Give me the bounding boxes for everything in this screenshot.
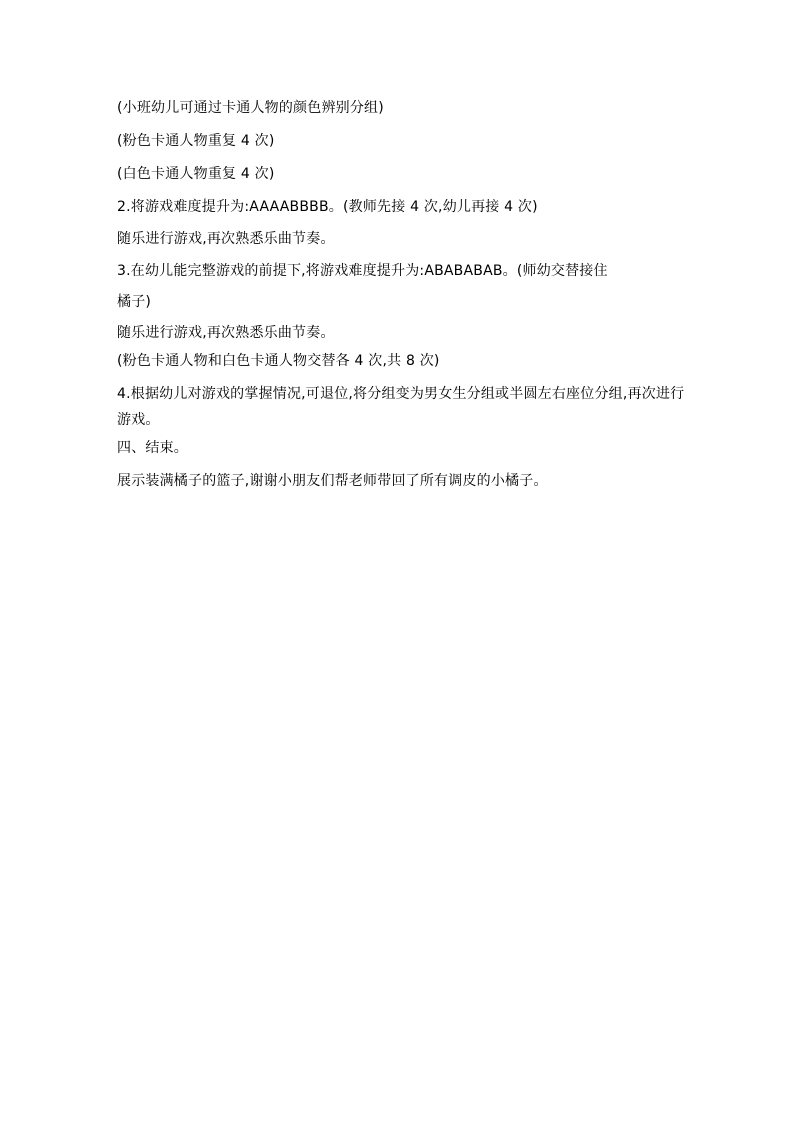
text-line-step3-wrap: 橘子) xyxy=(117,294,151,311)
text-line-alternate-note: (粉色卡通人物和白色卡通人物交替各 4 次,共 8 次) xyxy=(117,353,440,370)
text-line-step4: 4.根据幼儿对游戏的掌握情况,可退位,将分组变为男女生分组或半圆左右座位分组,再… xyxy=(117,386,684,403)
text-line-group-note: (小班幼儿可通过卡通人物的颜色辨别分组) xyxy=(117,100,384,117)
text-line-step2: 2.将游戏难度提升为:AAAABBBB。(教师先接 4 次,幼儿再接 4 次) xyxy=(117,199,538,216)
text-line-section-four-end: 四、结束。 xyxy=(117,440,188,457)
text-line-play-rhythm-2: 随乐进行游戏,再次熟悉乐曲节奏。 xyxy=(117,325,335,342)
text-line-step3: 3.在幼儿能完整游戏的前提下,将游戏难度提升为:ABABABAB。(师幼交替接住 xyxy=(117,263,608,280)
text-line-play-rhythm-1: 随乐进行游戏,再次熟悉乐曲节奏。 xyxy=(117,231,335,248)
text-line-step4-wrap: 游戏。 xyxy=(117,412,160,429)
text-line-white-repeat: (白色卡通人物重复 4 次) xyxy=(117,166,275,183)
text-line-pink-repeat: (粉色卡通人物重复 4 次) xyxy=(117,133,275,150)
document-page: (小班幼儿可通过卡通人物的颜色辨别分组) (粉色卡通人物重复 4 次) (白色卡… xyxy=(0,0,794,1123)
text-line-closing: 展示装满橘子的篮子,谢谢小朋友们帮老师带回了所有调皮的小橘子。 xyxy=(117,473,548,490)
